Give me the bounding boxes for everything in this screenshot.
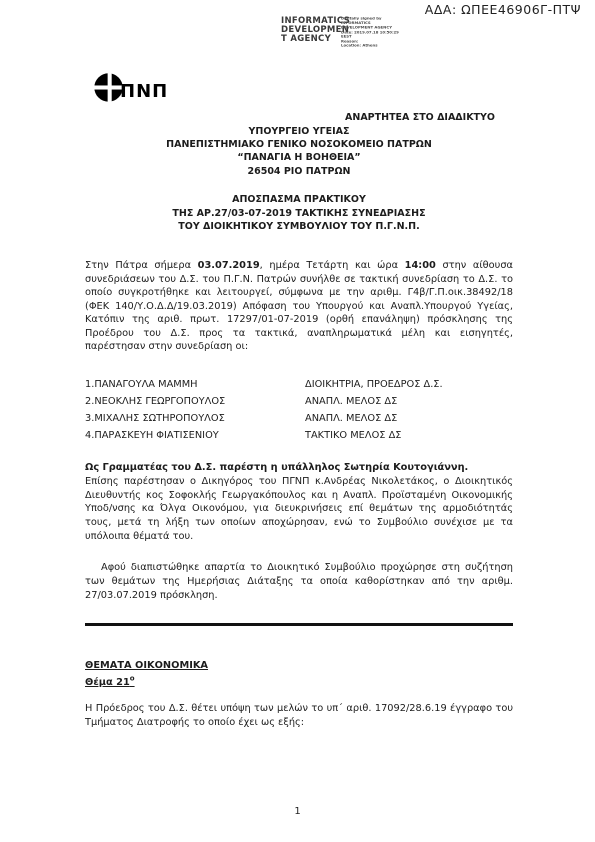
- intro-text: , ημέρα Τετάρτη και ώρα: [260, 260, 405, 271]
- quorum-paragraph: Αφού διαπιστώθηκε απαρτία το Διοικητικό …: [85, 561, 513, 603]
- signature-detail-line: Location: Athens: [341, 43, 437, 48]
- topic-intro-paragraph: Η Πρόεδρος του Δ.Σ. θέτει υπόψη των μελώ…: [85, 702, 513, 730]
- member-role: ΑΝΑΠΛ. ΜΕΛΟΣ ΔΣ: [305, 396, 513, 407]
- hospital-address-line: 26504 ΡΙΟ ΠΑΤΡΩΝ: [85, 165, 513, 178]
- digital-signature-details: Digitally signed by INFORMATICS DEVELOPM…: [341, 16, 437, 48]
- member-row: 1.ΠΑΝΑΓΟΥΛΑ ΜΑΜΜΗ ΔΙΟΙΚΗΤΡΙΑ, ΠΡΟΕΔΡΟΣ Δ…: [85, 379, 513, 396]
- attendance-paragraphs: Ως Γραμματέας του Δ.Σ. παρέστη η υπάλληλ…: [85, 461, 513, 544]
- page-number: 1: [0, 806, 595, 817]
- members-list: 1.ΠΑΝΑΓΟΥΛΑ ΜΑΜΜΗ ΔΙΟΙΚΗΤΡΙΑ, ΠΡΟΕΔΡΟΣ Δ…: [85, 379, 513, 447]
- member-name: 1.ΠΑΝΑΓΟΥΛΑ ΜΑΜΜΗ: [85, 379, 305, 390]
- member-row: 4.ΠΑΡΑΣΚΕΥΗ ΦΙΑΤΙΣΕΝΙΟΥ ΤΑΚΤΙΚΟ ΜΕΛΟΣ ΔΣ: [85, 430, 513, 447]
- meeting-time: 14:00: [405, 260, 436, 271]
- intro-text: Στην Πάτρα σήμερα: [85, 260, 198, 271]
- hospital-motto-line: “ΠΑΝΑΓΙΑ Η ΒΟΗΘΕΙΑ”: [85, 151, 513, 164]
- member-row: 3.ΜΙΧΑΛΗΣ ΣΩΤΗΡΟΠΟΥΛΟΣ ΑΝΑΠΛ. ΜΕΛΟΣ ΔΣ: [85, 413, 513, 430]
- topic-ordinal: ο: [130, 675, 135, 683]
- signature-agency-name: INFORMATICS DEVELOPMEN T AGENCY: [281, 17, 350, 44]
- intro-text: στην αίθουσα συνεδριάσεων του Δ.Σ. του Π…: [85, 260, 513, 352]
- document-title: ΑΠΟΣΠΑΣΜΑ ΠΡΑΚΤΙΚΟΥ ΤΗΣ ΑΡ.27/03-07-2019…: [85, 193, 513, 234]
- ministry-line: ΥΠΟΥΡΓΕΙΟ ΥΓΕΙΑΣ: [85, 125, 513, 138]
- member-role: ΔΙΟΙΚΗΤΡΙΑ, ΠΡΟΕΔΡΟΣ Δ.Σ.: [305, 379, 513, 390]
- hospital-logo-text: ΠΝΠ: [120, 82, 168, 102]
- secretary-line: Ως Γραμματέας του Δ.Σ. παρέστη η υπάλληλ…: [85, 461, 513, 475]
- topic-label: Θέμα 21: [85, 677, 130, 688]
- member-name: 2.ΝΕΟΚΛΗΣ ΓΕΩΡΓΟΠΟΥΛΟΣ: [85, 396, 305, 407]
- member-role: ΑΝΑΠΛ. ΜΕΛΟΣ ΔΣ: [305, 413, 513, 424]
- meeting-date: 03.07.2019: [198, 260, 260, 271]
- organization-header: ΥΠΟΥΡΓΕΙΟ ΥΓΕΙΑΣ ΠΑΝΕΠΙΣΤΗΜΙΑΚΟ ΓΕΝΙΚΟ Ν…: [85, 125, 513, 178]
- signature-agency-line: T AGENCY: [281, 35, 350, 44]
- topic-heading: Θέμα 21ο: [85, 675, 135, 688]
- topic-label-wrap: Θέμα 21ο: [85, 677, 135, 688]
- member-role: ΤΑΚΤΙΚΟ ΜΕΛΟΣ ΔΣ: [305, 430, 513, 441]
- cross-circle-icon: [94, 73, 123, 102]
- member-row: 2.ΝΕΟΚΛΗΣ ΓΕΩΡΓΟΠΟΥΛΟΣ ΑΝΑΠΛ. ΜΕΛΟΣ ΔΣ: [85, 396, 513, 413]
- section-divider: [85, 623, 513, 626]
- document-page: ΑΔΑ: ΩΠΕΕ46906Γ-ΠΤΨ INFORMATICS DEVELOPM…: [0, 0, 595, 842]
- title-line: ΑΠΟΣΠΑΣΜΑ ΠΡΑΚΤΙΚΟΥ: [85, 193, 513, 207]
- title-line: ΤΟΥ ΔΙΟΙΚΗΤΙΚΟΥ ΣΥΜΒΟΥΛΙΟΥ ΤΟΥ Π.Γ.Ν.Π.: [85, 220, 513, 234]
- intro-paragraph: Στην Πάτρα σήμερα 03.07.2019, ημέρα Τετά…: [85, 259, 513, 354]
- ada-code: ΑΔΑ: ΩΠΕΕ46906Γ-ΠΤΨ: [425, 2, 581, 17]
- member-name: 3.ΜΙΧΑΛΗΣ ΣΩΤΗΡΟΠΟΥΛΟΣ: [85, 413, 305, 424]
- publish-notice: ΑΝΑΡΤΗΤΕΑ ΣΤΟ ΔΙΑΔΙΚΤΥΟ: [345, 112, 495, 123]
- hospital-name-line: ΠΑΝΕΠΙΣΤΗΜΙΑΚΟ ΓΕΝΙΚΟ ΝΟΣΟΚΟΜΕΙΟ ΠΑΤΡΩΝ: [85, 138, 513, 151]
- hospital-logo: ΠΝΠ: [94, 73, 168, 102]
- attendees-paragraph: Επίσης παρέστησαν ο Δικηγόρος του ΠΓΝΠ κ…: [85, 475, 513, 544]
- title-line: ΤΗΣ ΑΡ.27/03-07-2019 ΤΑΚΤΙΚΗΣ ΣΥΝΕΔΡΙΑΣΗ…: [85, 207, 513, 221]
- section-heading: ΘΕΜΑΤΑ ΟΙΚΟΝΟΜΙΚΑ: [85, 660, 208, 671]
- member-name: 4.ΠΑΡΑΣΚΕΥΗ ΦΙΑΤΙΣΕΝΙΟΥ: [85, 430, 305, 441]
